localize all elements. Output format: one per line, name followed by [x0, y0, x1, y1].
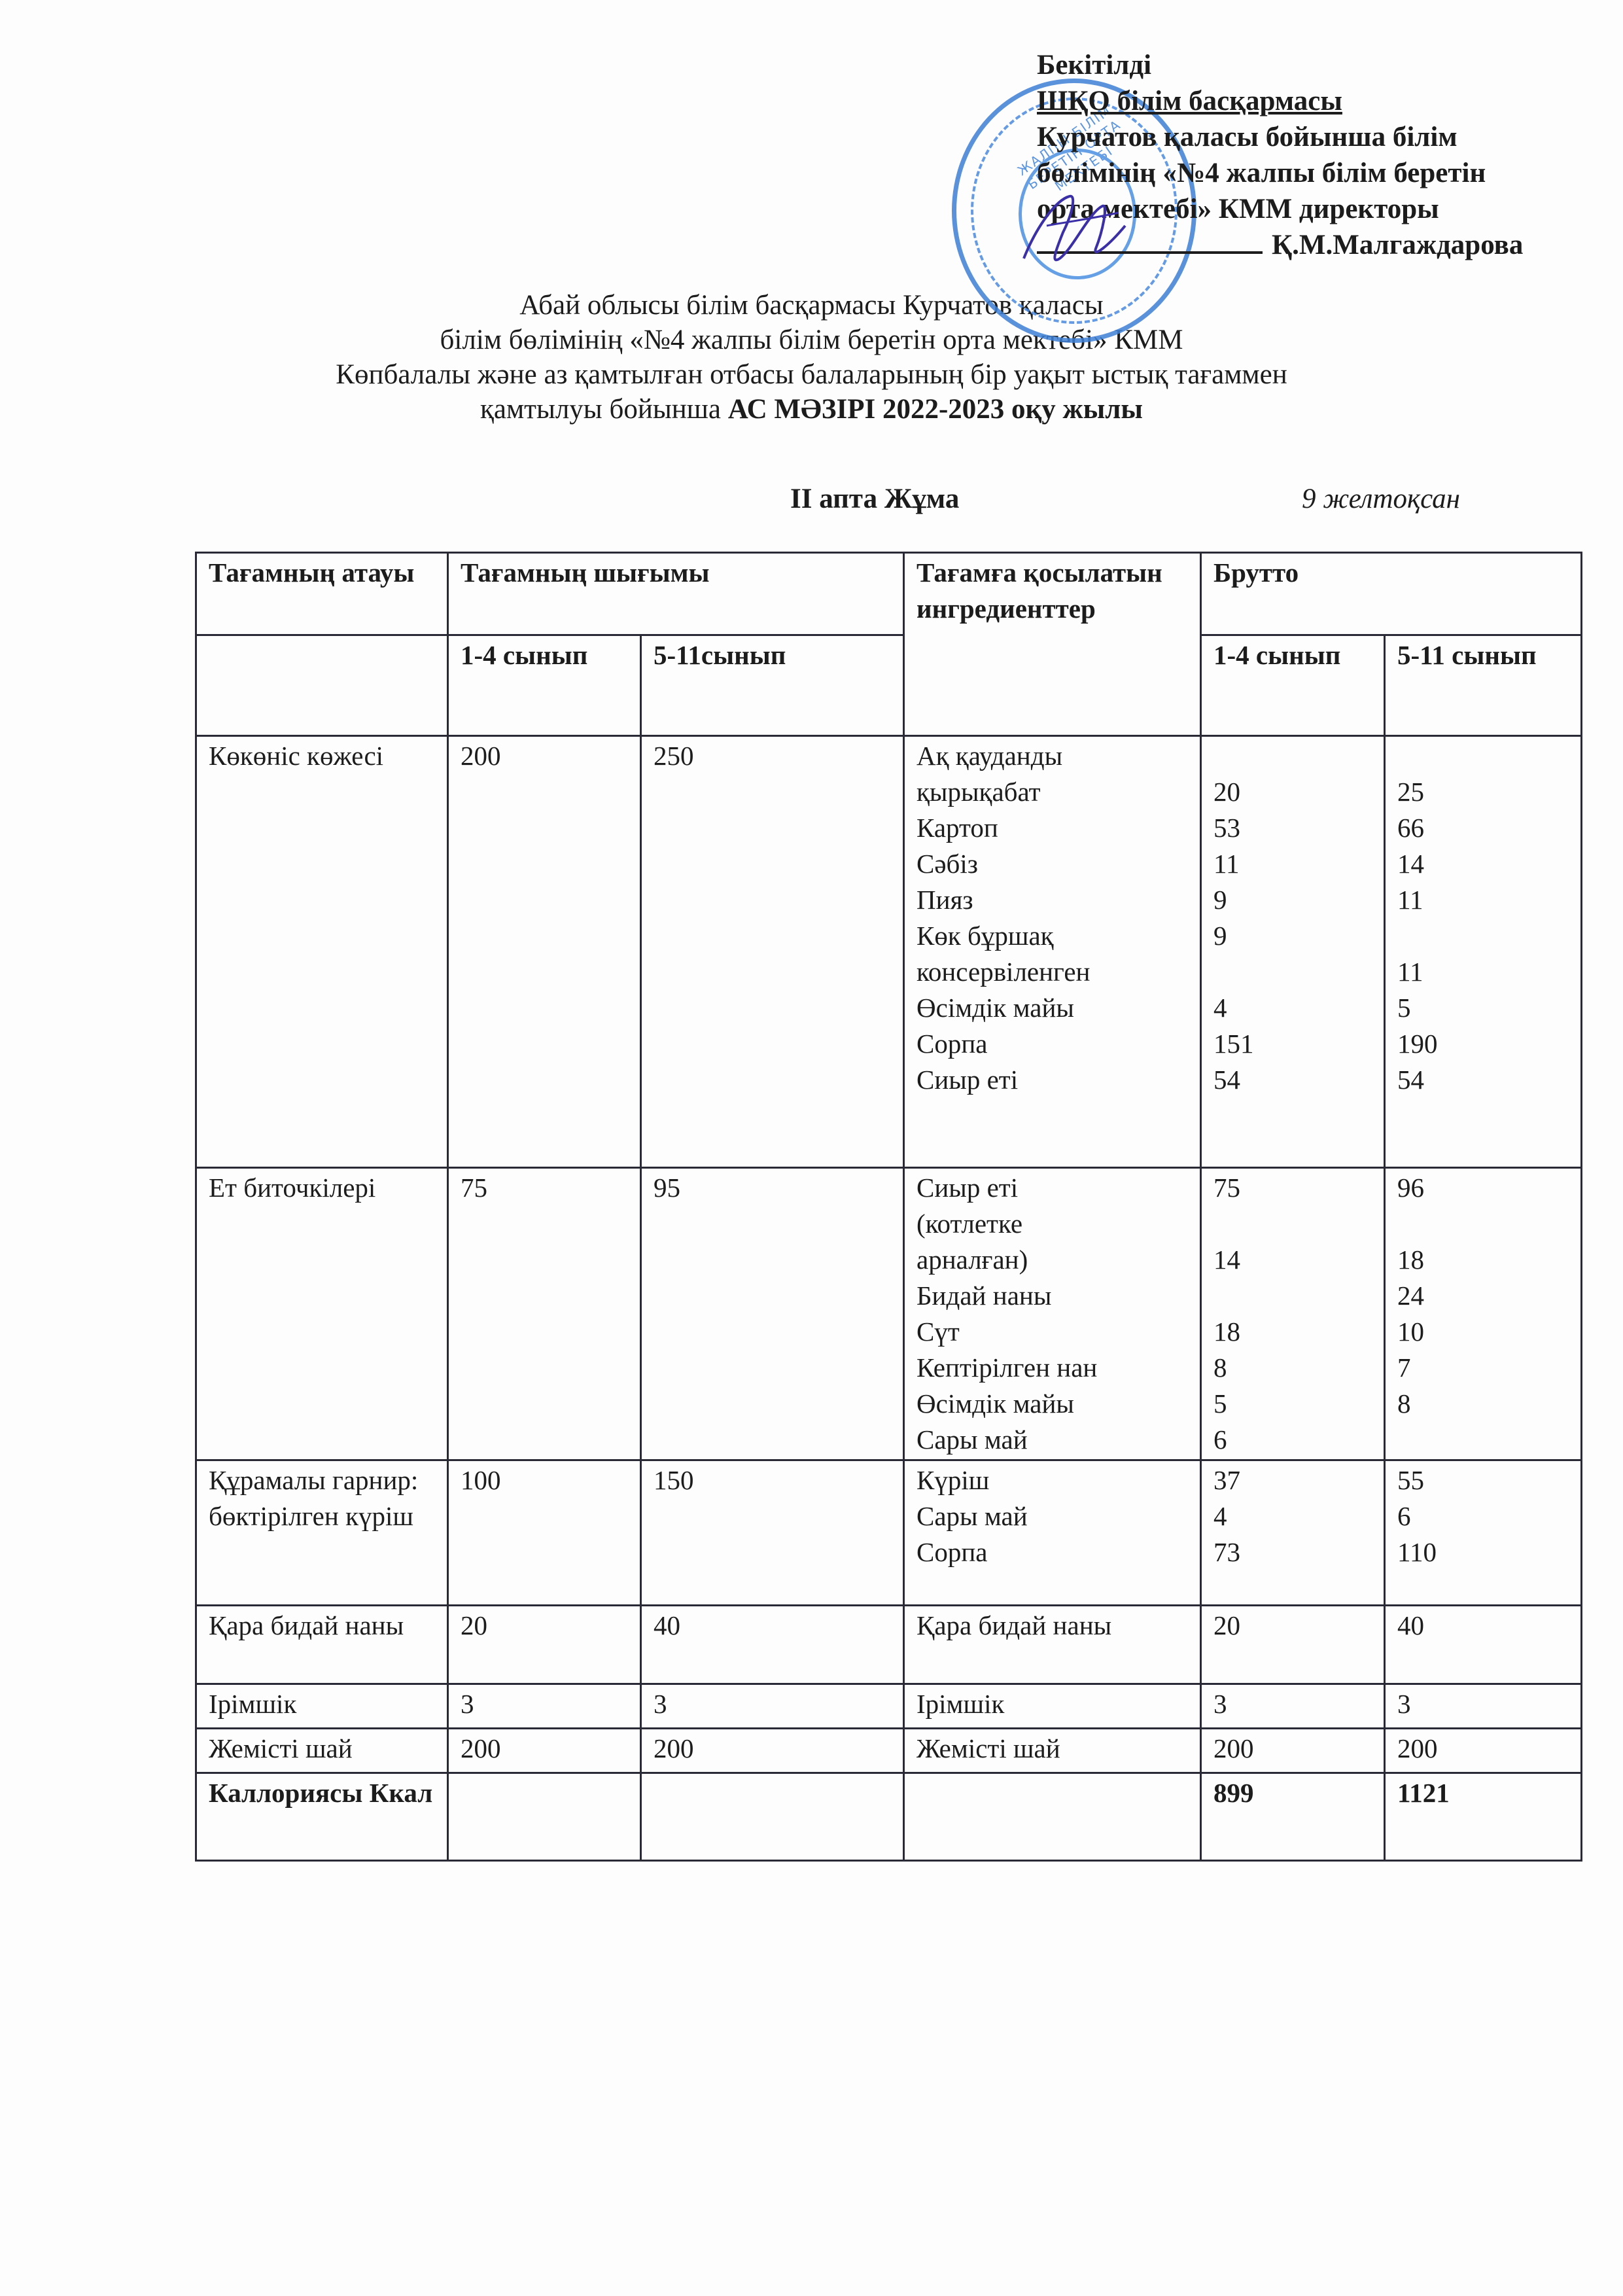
header-brutto: Брутто — [1201, 553, 1582, 635]
brutto-1-4: 20531199415154 — [1201, 736, 1385, 1168]
brutto-1-4-item: 6 — [1213, 1422, 1372, 1458]
ingredients-item: арналған) — [916, 1242, 1188, 1278]
yield-5-11: 150 — [641, 1460, 904, 1606]
document-heading: Абай облысы білім басқармасы Курчатов қа… — [0, 288, 1623, 427]
dish-name: Көкөніс көжесі — [196, 736, 448, 1168]
ingredients-item: Сүт — [916, 1314, 1188, 1350]
brutto-1-4-item: 73 — [1213, 1534, 1372, 1570]
yield-1-4: 75 — [448, 1168, 641, 1460]
brutto-5-11-item: 54 — [1397, 1062, 1569, 1098]
brutto-5-11-item: 8 — [1397, 1386, 1569, 1422]
ingredients-item: (котлетке — [916, 1206, 1188, 1242]
brutto-1-4-item: 11 — [1213, 846, 1372, 882]
header-ingredients: Тағамға қосылатын ингредиенттер — [904, 553, 1201, 736]
ingredients-item: Сорпа — [916, 1534, 1188, 1570]
ingredients-item: Бидай наны — [916, 1278, 1188, 1314]
header-yield-1-4: 1-4 сынып — [448, 635, 641, 736]
week-day: ІІ апта Жұма — [790, 483, 959, 515]
brutto-5-11: 200 — [1385, 1729, 1582, 1773]
brutto-1-4-item: 53 — [1213, 810, 1372, 846]
brutto-1-4-item: 54 — [1213, 1062, 1372, 1098]
total-empty — [904, 1773, 1201, 1861]
brutto-5-11-item: 6 — [1397, 1498, 1569, 1534]
ingredients-item: Жемісті шай — [916, 1731, 1188, 1767]
brutto-1-4-item: 37 — [1213, 1462, 1372, 1498]
menu-date: 9 желтоқсан — [1302, 483, 1460, 515]
menu-table: Тағамның атауы Тағамның шығымы Тағамға қ… — [195, 552, 1582, 1862]
table-row: Жемісті шай200200Жемісті шай200200 — [196, 1729, 1582, 1773]
approval-title: Бекітілді — [1037, 47, 1613, 83]
dish-name: Қара бидай наны — [196, 1606, 448, 1684]
brutto-5-11-item — [1397, 1422, 1569, 1458]
heading-line: білім бөлімінің «№4 жалпы білім беретін … — [0, 323, 1623, 357]
ingredients: Жемісті шай — [904, 1729, 1201, 1773]
brutto-5-11: 3 — [1385, 1684, 1582, 1729]
ingredients-item: Сорпа — [916, 1026, 1188, 1062]
approval-line: бөлімінің «№4 жалпы білім беретін — [1037, 155, 1613, 191]
header-yield-5-11: 5-11сынып — [641, 635, 904, 736]
brutto-5-11-item: 190 — [1397, 1026, 1569, 1062]
brutto-5-11-item: 66 — [1397, 810, 1569, 846]
brutto-5-11-item: 5 — [1397, 990, 1569, 1026]
brutto-1-4: 200 — [1201, 1729, 1385, 1773]
brutto-1-4-item: 4 — [1213, 1498, 1372, 1534]
total-brutto-1-4: 899 — [1201, 1773, 1385, 1861]
table-row: Қара бидай наны2040Қара бидай наны2040 — [196, 1606, 1582, 1684]
ingredients-item: Күріш — [916, 1462, 1188, 1498]
brutto-1-4-item — [1213, 738, 1372, 774]
ingredients-item: Сиыр еті — [916, 1062, 1188, 1098]
header-yield: Тағамның шығымы — [448, 553, 904, 635]
yield-1-4: 20 — [448, 1606, 641, 1684]
dish-name: Ет биточкілері — [196, 1168, 448, 1460]
brutto-1-4-item — [1213, 1278, 1372, 1314]
brutto-1-4-item: 14 — [1213, 1242, 1372, 1278]
yield-1-4: 3 — [448, 1684, 641, 1729]
brutto-5-11-item: 11 — [1397, 954, 1569, 990]
total-empty — [448, 1773, 641, 1861]
heading-line: Абай облысы білім басқармасы Курчатов қа… — [0, 288, 1623, 323]
brutto-5-11: 9618241078 — [1385, 1168, 1582, 1460]
approval-line: ШҚО білім басқармасы — [1037, 83, 1613, 119]
brutto-5-11-item: 55 — [1397, 1462, 1569, 1498]
brutto-5-11: 2566141111519054 — [1385, 736, 1582, 1168]
header-empty — [196, 635, 448, 736]
ingredients-item: Пияз — [916, 882, 1188, 918]
brutto-1-4-item: 4 — [1213, 990, 1372, 1026]
total-brutto-5-11: 1121 — [1385, 1773, 1582, 1861]
brutto-5-11-item: 96 — [1397, 1170, 1569, 1206]
brutto-1-4-item — [1213, 954, 1372, 990]
total-label: Каллориясы Ккал — [196, 1773, 448, 1861]
ingredients-item: Сары май — [916, 1498, 1188, 1534]
brutto-5-11-item: 40 — [1397, 1608, 1569, 1644]
brutto-1-4-item: 3 — [1213, 1686, 1372, 1722]
menu-title: АС МӘЗІРІ 2022-2023 оқу жылы — [728, 394, 1143, 425]
ingredients: Ірімшік — [904, 1684, 1201, 1729]
brutto-1-4: 37473 — [1201, 1460, 1385, 1606]
ingredients-item: Ірімшік — [916, 1686, 1188, 1722]
brutto-5-11-item: 7 — [1397, 1350, 1569, 1386]
ingredients: Қара бидай наны — [904, 1606, 1201, 1684]
brutto-5-11-item: 10 — [1397, 1314, 1569, 1350]
brutto-5-11: 556110 — [1385, 1460, 1582, 1606]
dish-name: Құрамалы гарнир: бөктірілген күріш — [196, 1460, 448, 1606]
heading-line: Көпбалалы және аз қамтылған отбасы балал… — [0, 357, 1623, 392]
yield-1-4: 200 — [448, 736, 641, 1168]
signature-icon — [1011, 186, 1135, 272]
brutto-1-4-item: 20 — [1213, 774, 1372, 810]
ingredients: Ақ қаудандықырықабатКартопСәбізПиязКөк б… — [904, 736, 1201, 1168]
yield-1-4: 100 — [448, 1460, 641, 1606]
ingredients-item: Өсімдік майы — [916, 1386, 1188, 1422]
brutto-5-11-item: 18 — [1397, 1242, 1569, 1278]
table-row: Көкөніс көжесі200250Ақ қаудандықырықабат… — [196, 736, 1582, 1168]
brutto-1-4-item: 75 — [1213, 1170, 1372, 1206]
brutto-1-4-item: 200 — [1213, 1731, 1372, 1767]
signatory-name: Қ.М.Малгаждарова — [1272, 230, 1523, 260]
dish-name: Ірімшік — [196, 1684, 448, 1729]
brutto-5-11-item: 24 — [1397, 1278, 1569, 1314]
brutto-5-11-item: 200 — [1397, 1731, 1569, 1767]
yield-1-4: 200 — [448, 1729, 641, 1773]
ingredients-item: Ақ қауданды — [916, 738, 1188, 774]
brutto-1-4-item: 5 — [1213, 1386, 1372, 1422]
yield-5-11: 250 — [641, 736, 904, 1168]
brutto-1-4-item: 8 — [1213, 1350, 1372, 1386]
brutto-1-4-item: 9 — [1213, 882, 1372, 918]
ingredients-item: Көк бұршақ — [916, 918, 1188, 954]
header-brutto-1-4: 1-4 сынып — [1201, 635, 1385, 736]
ingredients-item: қырықабат — [916, 774, 1188, 810]
table-row: Құрамалы гарнир: бөктірілген күріш100150… — [196, 1460, 1582, 1606]
brutto-5-11: 40 — [1385, 1606, 1582, 1684]
brutto-1-4-item: 20 — [1213, 1608, 1372, 1644]
brutto-1-4: 751418856 — [1201, 1168, 1385, 1460]
brutto-5-11-item: 11 — [1397, 882, 1569, 918]
brutto-1-4-item: 18 — [1213, 1314, 1372, 1350]
yield-5-11: 3 — [641, 1684, 904, 1729]
ingredients-item: Сиыр еті — [916, 1170, 1188, 1206]
ingredients: Сиыр еті(котлеткеарналған)Бидай наныСүтК… — [904, 1168, 1201, 1460]
total-empty — [641, 1773, 904, 1861]
brutto-1-4-item — [1213, 1206, 1372, 1242]
brutto-5-11-item — [1397, 1206, 1569, 1242]
ingredients-item: Картоп — [916, 810, 1188, 846]
brutto-5-11-item — [1397, 918, 1569, 954]
dish-name: Жемісті шай — [196, 1729, 448, 1773]
ingredients-item: Қара бидай наны — [916, 1608, 1188, 1644]
brutto-1-4-item: 9 — [1213, 918, 1372, 954]
ingredients-item: Сары май — [916, 1422, 1188, 1458]
yield-5-11: 95 — [641, 1168, 904, 1460]
brutto-1-4: 3 — [1201, 1684, 1385, 1729]
heading-line: қамтылуы бойынша — [480, 394, 728, 425]
brutto-1-4-item: 151 — [1213, 1026, 1372, 1062]
brutto-5-11-item: 14 — [1397, 846, 1569, 882]
header-dish-name: Тағамның атауы — [196, 553, 448, 635]
header-brutto-5-11: 5-11 сынып — [1385, 635, 1582, 736]
ingredients-item: консервіленген — [916, 954, 1188, 990]
yield-5-11: 40 — [641, 1606, 904, 1684]
ingredients: КүрішСары майСорпа — [904, 1460, 1201, 1606]
brutto-5-11-item — [1397, 738, 1569, 774]
yield-5-11: 200 — [641, 1729, 904, 1773]
ingredients-item: Өсімдік майы — [916, 990, 1188, 1026]
table-row: Ет биточкілері7595Сиыр еті(котлеткеарнал… — [196, 1168, 1582, 1460]
brutto-5-11-item: 110 — [1397, 1534, 1569, 1570]
table-row: Ірімшік33Ірімшік33 — [196, 1684, 1582, 1729]
brutto-1-4: 20 — [1201, 1606, 1385, 1684]
ingredients-item: Кептірілген нан — [916, 1350, 1188, 1386]
brutto-5-11-item: 3 — [1397, 1686, 1569, 1722]
approval-line: Курчатов қаласы бойынша білім — [1037, 119, 1613, 155]
brutto-5-11-item: 25 — [1397, 774, 1569, 810]
ingredients-item: Сәбіз — [916, 846, 1188, 882]
